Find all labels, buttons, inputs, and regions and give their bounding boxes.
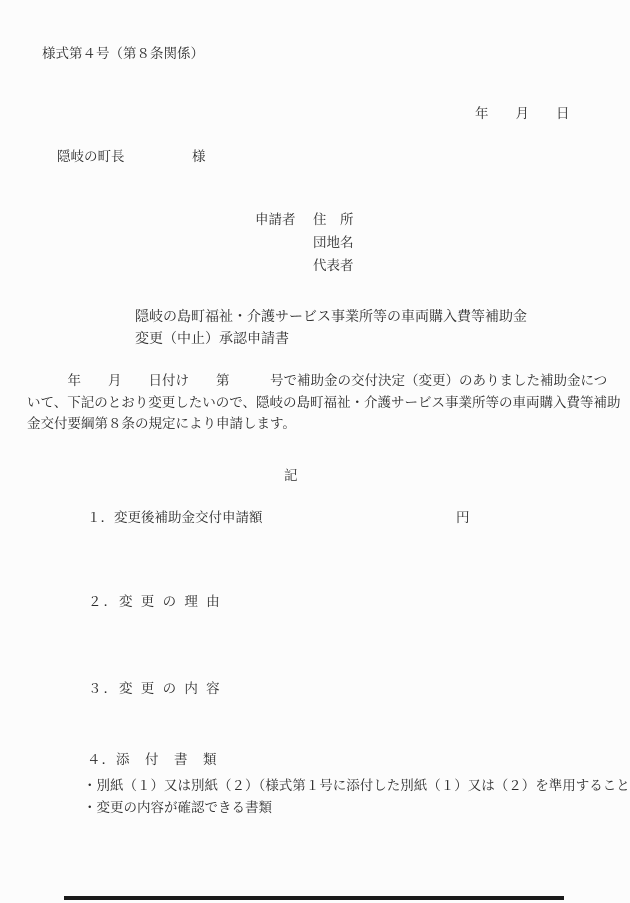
record-heading: 記 bbox=[284, 468, 298, 485]
form-number: 様式第４号（第８条関係） bbox=[42, 46, 204, 63]
attachment-note-2: ・変更の内容が確認できる書類 bbox=[83, 800, 272, 817]
page-bottom-edge bbox=[64, 896, 564, 900]
item-2-label: ２．変 更 の 理 由 bbox=[88, 594, 222, 611]
item-4-label: ４．添 付 書 類 bbox=[87, 752, 218, 769]
document-title-line1: 隠岐の島町福祉・介護サービス事業所等の車両購入費等補助金 bbox=[135, 309, 527, 327]
addressee-line: 隠岐の町長 様 bbox=[57, 149, 206, 166]
item-3-label: ３．変 更 の 内 容 bbox=[88, 681, 222, 698]
body-paragraph-line3: 金交付要綱第８条の規定により申請します。 bbox=[27, 416, 296, 433]
item-1-amount-unit-label: 円 bbox=[456, 510, 470, 527]
body-paragraph-line2: いて、下記のとおり変更したいので、隠岐の島町福祉・介護サービス事業所等の車両購入… bbox=[27, 395, 620, 412]
applicant-label: 申請者 bbox=[255, 212, 296, 229]
document-page: 様式第４号（第８条関係） 年 月 日 隠岐の町長 様 申請者 住 所 団地名 代… bbox=[0, 0, 630, 903]
applicant-representative-label: 代表者 bbox=[313, 258, 354, 275]
applicant-address-label: 住 所 bbox=[313, 212, 354, 229]
item-1-label: １．変更後補助金交付申請額 bbox=[87, 510, 263, 527]
body-paragraph-line1: 年 月 日付け 第 号で補助金の交付決定（変更）のありました補助金につ bbox=[27, 373, 607, 390]
document-title-line2: 変更（中止）承認申請書 bbox=[135, 331, 289, 349]
attachment-note-1: ・別紙（１）又は別紙（２）（様式第１号に添付した別紙（１）又は（２）を準用するこ… bbox=[83, 778, 630, 795]
applicant-organization-label: 団地名 bbox=[313, 235, 354, 252]
issue-date-line: 年 月 日 bbox=[475, 106, 570, 123]
